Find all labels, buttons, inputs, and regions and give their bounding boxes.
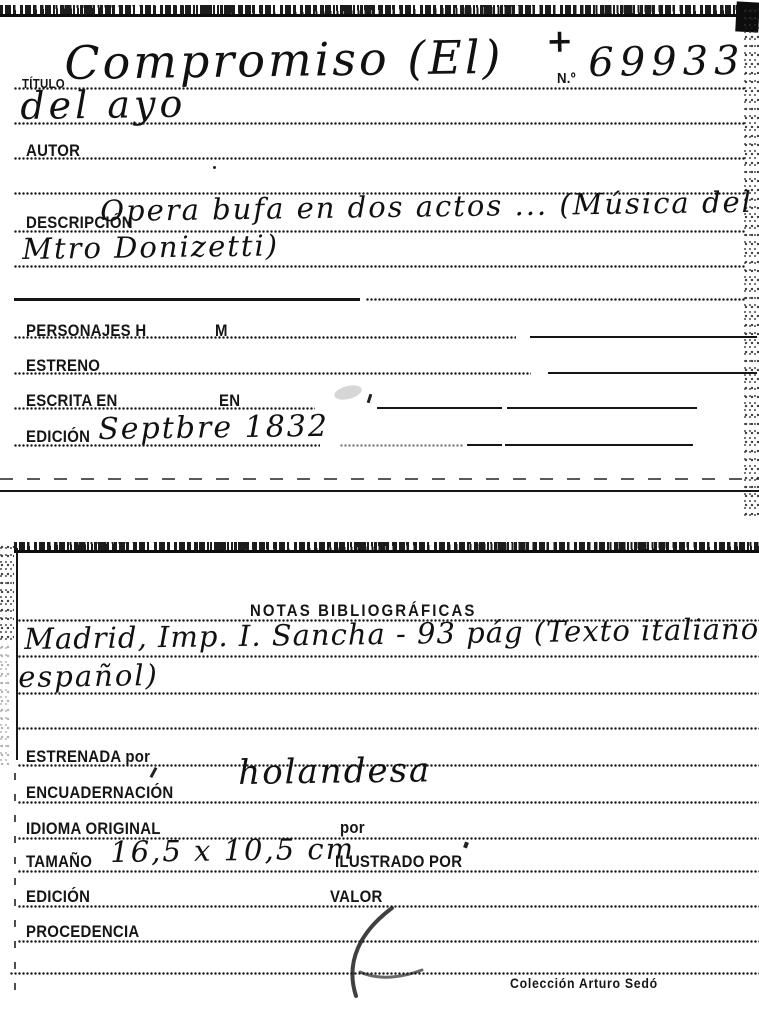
ruled-line [18, 727, 759, 730]
stray-accent-mark [150, 767, 158, 778]
scan-tick [367, 394, 373, 403]
scan-noise-left-sparse [0, 645, 10, 765]
notas-value-line2: español) [18, 658, 159, 694]
scan-speck [213, 166, 216, 169]
titulo-value: Compromiso (El) [64, 30, 504, 90]
numero-plus-mark: + [546, 22, 573, 60]
scanned-catalog-card-page: { "colors": { "ink": "#151515", "paper":… [0, 0, 759, 1028]
numero-label: N.º [557, 70, 576, 87]
ruled-line [14, 444, 320, 447]
ruled-line [507, 407, 697, 409]
numero-value: 69933 [588, 38, 746, 86]
scan-noise-left-column [0, 545, 14, 645]
scan-smudge [333, 383, 363, 402]
edicion-value: Septbre 1832 [98, 409, 329, 447]
ruled-line [530, 336, 757, 338]
stray-accent-mark [463, 841, 469, 848]
card-bottom-dashed-edge [0, 478, 759, 480]
ruled-line [18, 870, 759, 873]
ruled-line [14, 157, 745, 160]
descripcion-value-line2: Mtro Donizetti) [22, 228, 279, 266]
card2-top-border [14, 550, 759, 553]
tamano-label: TAMAÑO [26, 852, 92, 872]
ruled-line [467, 444, 502, 446]
ruled-line [14, 336, 516, 339]
catalog-card-bottom: NOTAS BIBLIOGRÁFICAS Madrid, Imp. I. San… [0, 495, 759, 1028]
ruled-line [14, 372, 531, 375]
ruled-line [505, 444, 693, 446]
encuadernacion-label: ENCUADERNACIÓN [26, 783, 173, 803]
ruled-line [14, 265, 745, 268]
catalog-card-top: TÍTULO Compromiso (El) + N.º 69933 del a… [0, 0, 759, 495]
ilustrado-por-label: ILUSTRADO POR [335, 852, 462, 872]
scan-noise-right-column [744, 8, 759, 516]
card-top-border [0, 14, 748, 17]
ink-smudge [330, 900, 450, 1010]
ruled-line [548, 372, 757, 374]
edicion2-label: EDICIÓN [26, 887, 90, 907]
tamano-value: 16,5 x 10,5 cm [110, 832, 355, 869]
card-bottom-border [0, 490, 759, 492]
ruled-line [18, 692, 759, 695]
ruled-line [14, 298, 360, 301]
ruled-line [18, 801, 759, 804]
ruled-line [340, 444, 463, 447]
coleccion-stamp: Colección Arturo Sedó [510, 975, 658, 991]
ruled-line [14, 122, 745, 125]
procedencia-label: PROCEDENCIA [26, 922, 139, 942]
ruled-line [377, 407, 502, 409]
encuadernacion-value: holandesa [238, 750, 432, 793]
ruled-line [366, 298, 745, 301]
card2-left-border-faded [14, 760, 16, 990]
